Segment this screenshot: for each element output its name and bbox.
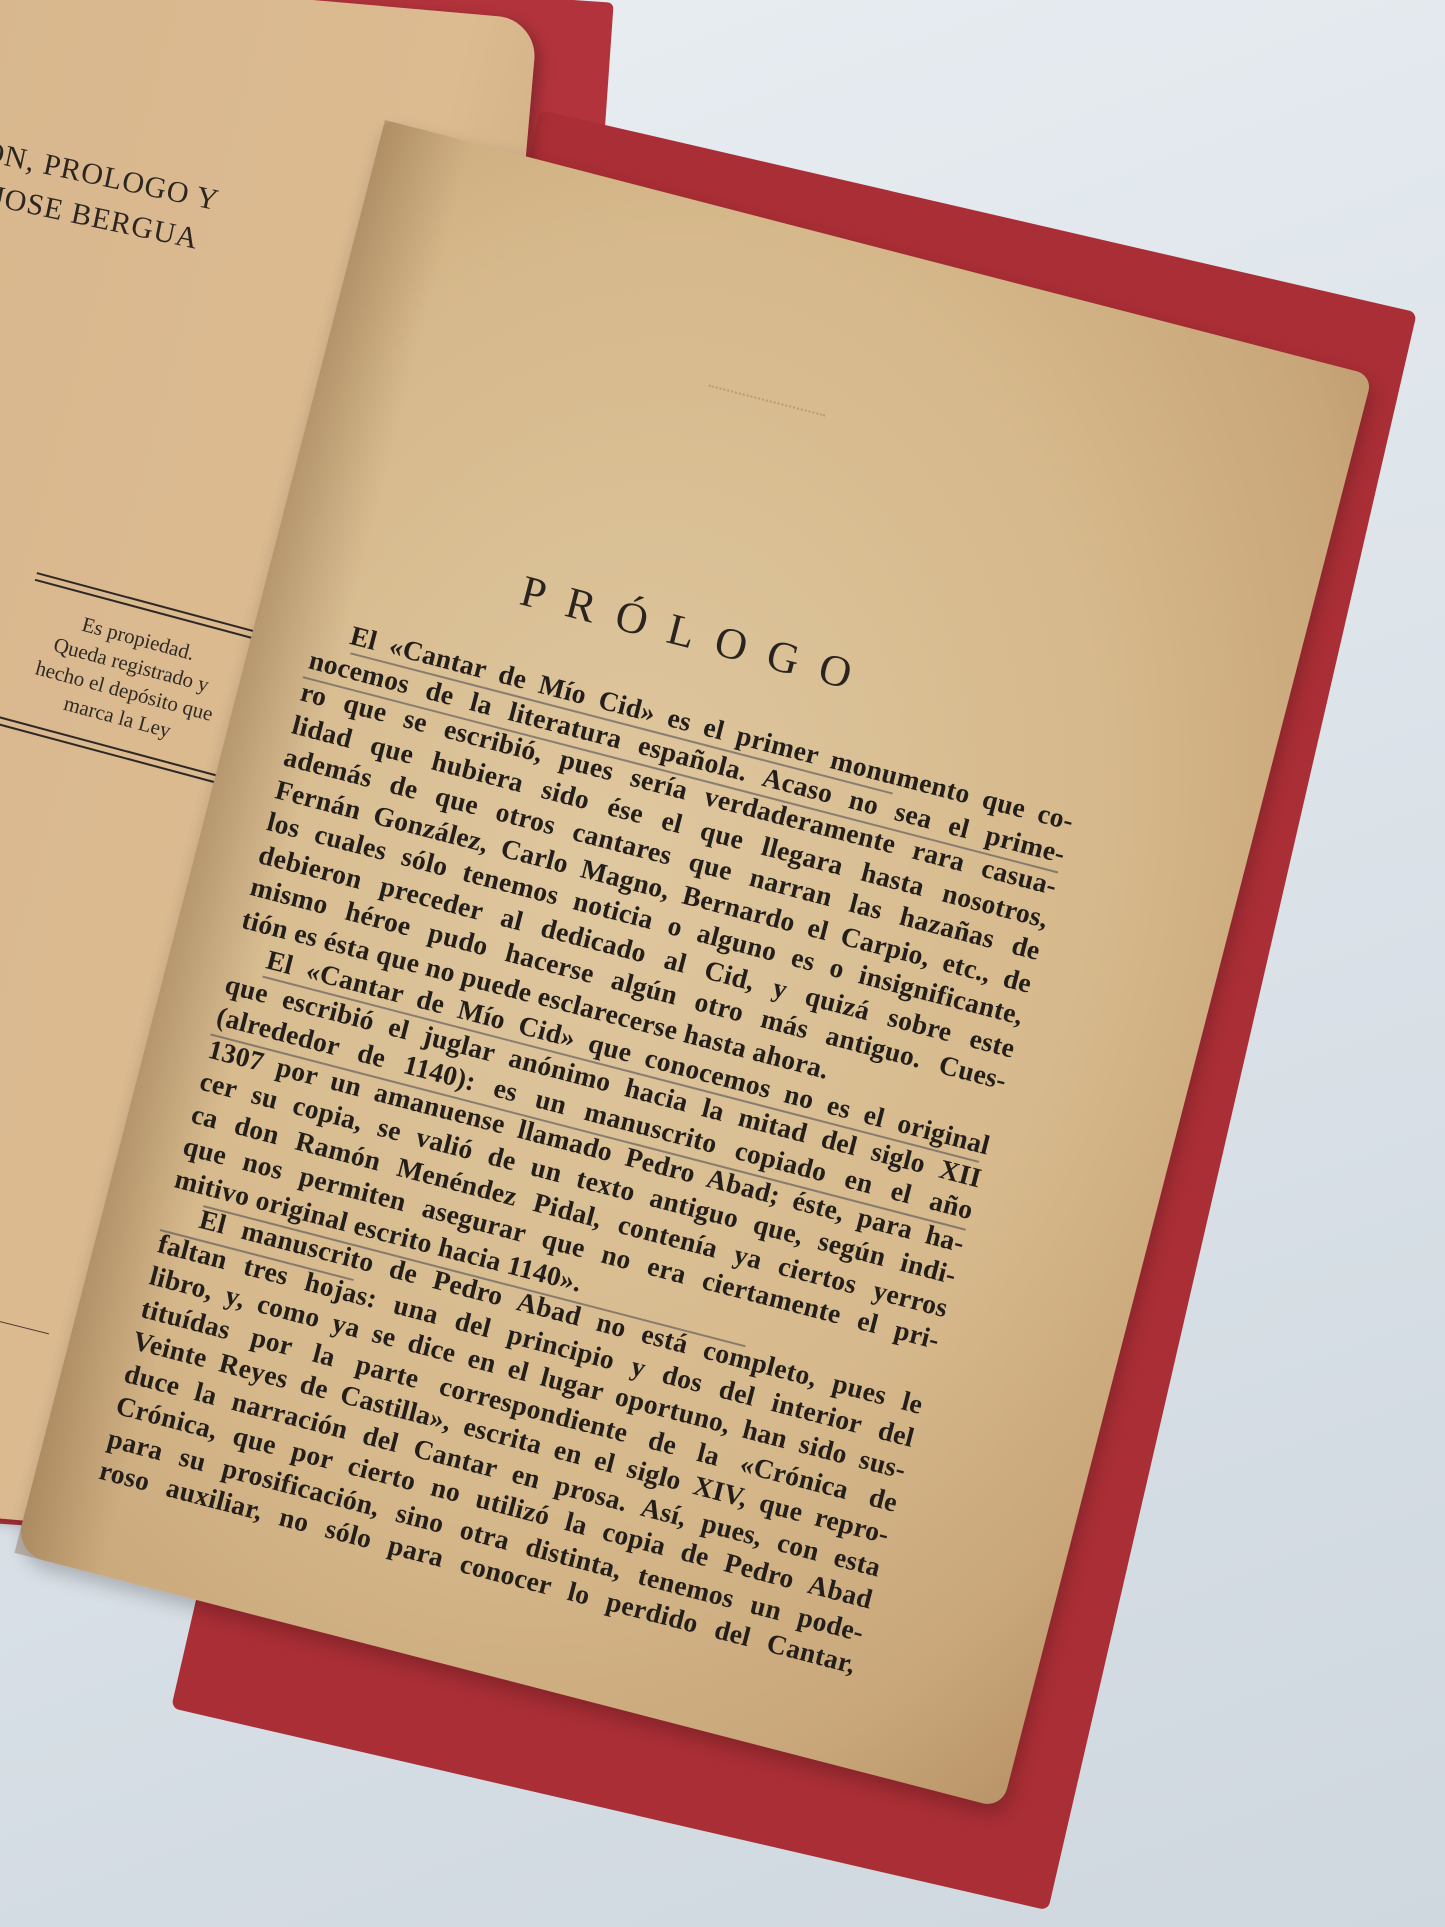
left-page-title: TACION, PROLOGO Y DE JOSE BERGUA [0, 116, 250, 269]
faded-stamp [705, 385, 825, 431]
book-photo: TACION, PROLOGO Y DE JOSE BERGUA Es prop… [0, 0, 1445, 1927]
divider [0, 1285, 49, 1334]
